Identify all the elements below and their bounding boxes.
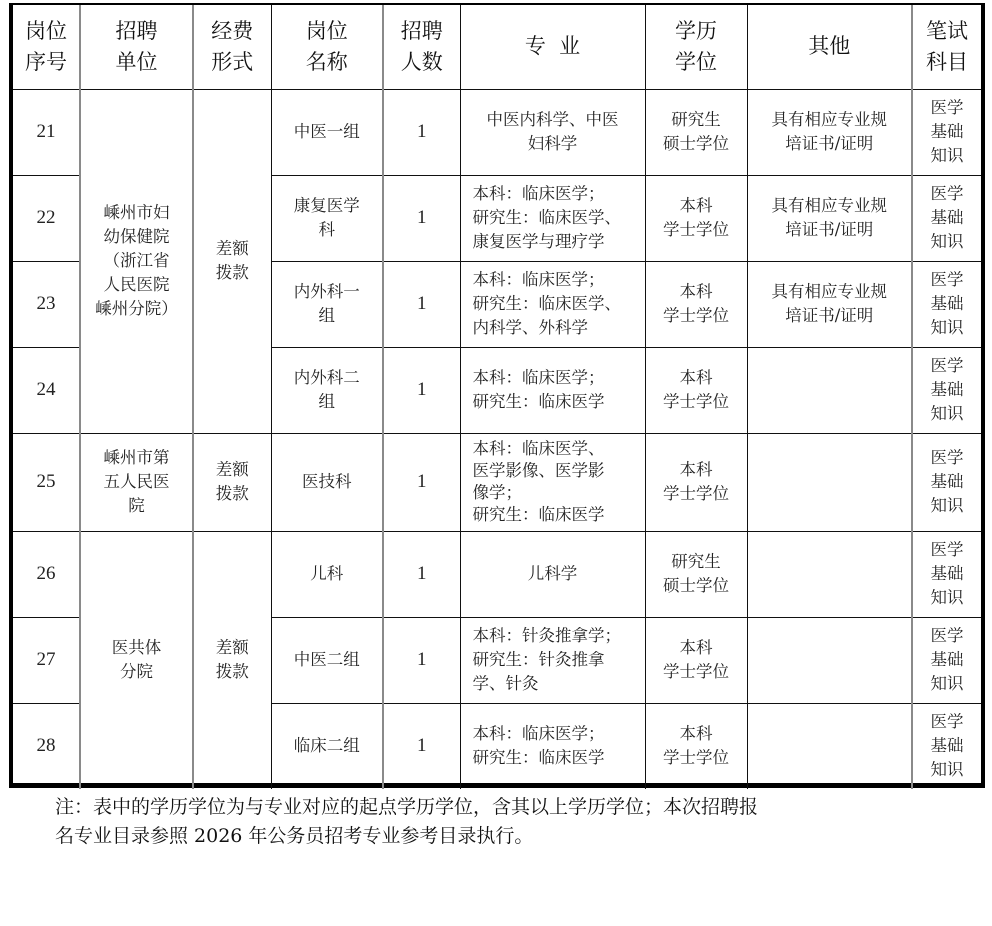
other-requirements (747, 433, 912, 531)
header-post-name: 岗位 名称 (271, 5, 383, 89)
header-funding-type: 经费 形式 (193, 5, 271, 89)
post-number: 24 (13, 347, 80, 433)
employer-cell: 嵊州市第 五人民医 院 (80, 433, 193, 531)
employer-cell: 嵊州市妇 幼保健院 （浙江省 人民医院 嵊州分院） (80, 89, 193, 433)
funding-cell: 差额 拨款 (193, 89, 271, 433)
post-number: 21 (13, 89, 80, 175)
post-name: 中医二组 (271, 617, 383, 703)
post-name: 康复医学 科 (271, 175, 383, 261)
degree: 本科 学士学位 (645, 261, 747, 347)
post-number: 26 (13, 531, 80, 617)
post-name: 内外科一 组 (271, 261, 383, 347)
other-requirements (747, 617, 912, 703)
major: 本科：针灸推拿学； 研究生：针灸推拿 学、针灸 (460, 617, 645, 703)
major: 本科：临床医学； 研究生：临床医学 (460, 703, 645, 789)
exam-subject: 医学 基础 知识 (912, 261, 981, 347)
header-employer: 招聘 单位 (80, 5, 193, 89)
post-name: 儿科 (271, 531, 383, 617)
header-major: 专 业 (460, 5, 645, 89)
header-post-number: 岗位 序号 (13, 5, 80, 89)
exam-subject: 医学 基础 知识 (912, 617, 981, 703)
employer-cell: 医共体 分院 (80, 531, 193, 789)
funding-cell: 差额 拨款 (193, 433, 271, 531)
other-requirements (747, 347, 912, 433)
other-requirements (747, 531, 912, 617)
other-requirements: 具有相应专业规 培证书/证明 (747, 175, 912, 261)
degree: 本科 学士学位 (645, 175, 747, 261)
exam-subject: 医学 基础 知识 (912, 531, 981, 617)
other-requirements: 具有相应专业规 培证书/证明 (747, 261, 912, 347)
major: 本科：临床医学、 医学影像、医学影 像学； 研究生：临床医学 (460, 433, 645, 531)
funding-cell: 差额 拨款 (193, 531, 271, 789)
post-number: 23 (13, 261, 80, 347)
post-number: 22 (13, 175, 80, 261)
header-exam-subject: 笔试 科目 (912, 5, 981, 89)
major: 本科：临床医学； 研究生：临床医学、 康复医学与理疗学 (460, 175, 645, 261)
headcount: 1 (383, 89, 460, 175)
footnote-line-2: 名专业目录参照 2026 年公务员招考专业参考目录执行。 (55, 822, 955, 851)
post-name: 内外科二 组 (271, 347, 383, 433)
post-name: 医技科 (271, 433, 383, 531)
table-row: 26 医共体 分院 差额 拨款 儿科 1 儿科学 研究生 硕士学位 医学 基础 … (13, 531, 981, 617)
header-headcount: 招聘 人数 (383, 5, 460, 89)
post-name: 临床二组 (271, 703, 383, 789)
degree: 研究生 硕士学位 (645, 89, 747, 175)
exam-subject: 医学 基础 知识 (912, 347, 981, 433)
major: 本科：临床医学； 研究生：临床医学 (460, 347, 645, 433)
exam-subject: 医学 基础 知识 (912, 433, 981, 531)
table-header-row: 岗位 序号 招聘 单位 经费 形式 岗位 名称 招聘 人数 专 业 学历 学位 … (13, 5, 981, 89)
headcount: 1 (383, 617, 460, 703)
header-degree: 学历 学位 (645, 5, 747, 89)
headcount: 1 (383, 261, 460, 347)
footnote: 注：表中的学历学位为与专业对应的起点学历学位，含其以上学历学位；本次招聘报 名专… (55, 793, 955, 851)
major: 儿科学 (460, 531, 645, 617)
headcount: 1 (383, 347, 460, 433)
exam-subject: 医学 基础 知识 (912, 703, 981, 789)
major: 本科：临床医学； 研究生：临床医学、 内科学、外科学 (460, 261, 645, 347)
exam-subject: 医学 基础 知识 (912, 89, 981, 175)
post-name: 中医一组 (271, 89, 383, 175)
recruitment-table-container: 岗位 序号 招聘 单位 经费 形式 岗位 名称 招聘 人数 专 业 学历 学位 … (9, 3, 985, 788)
degree: 本科 学士学位 (645, 433, 747, 531)
table-row: 21 嵊州市妇 幼保健院 （浙江省 人民医院 嵊州分院） 差额 拨款 中医一组 … (13, 89, 981, 175)
table-row: 25 嵊州市第 五人民医 院 差额 拨款 医技科 1 本科：临床医学、 医学影像… (13, 433, 981, 531)
other-requirements: 具有相应专业规 培证书/证明 (747, 89, 912, 175)
degree: 本科 学士学位 (645, 347, 747, 433)
footnote-line-1: 注：表中的学历学位为与专业对应的起点学历学位，含其以上学历学位；本次招聘报 (55, 793, 955, 822)
degree: 研究生 硕士学位 (645, 531, 747, 617)
header-other: 其他 (747, 5, 912, 89)
degree: 本科 学士学位 (645, 703, 747, 789)
post-number: 27 (13, 617, 80, 703)
exam-subject: 医学 基础 知识 (912, 175, 981, 261)
post-number: 28 (13, 703, 80, 789)
post-number: 25 (13, 433, 80, 531)
headcount: 1 (383, 175, 460, 261)
other-requirements (747, 703, 912, 789)
headcount: 1 (383, 433, 460, 531)
degree: 本科 学士学位 (645, 617, 747, 703)
headcount: 1 (383, 531, 460, 617)
recruitment-table: 岗位 序号 招聘 单位 经费 形式 岗位 名称 招聘 人数 专 业 学历 学位 … (13, 5, 981, 789)
headcount: 1 (383, 703, 460, 789)
major: 中医内科学、中医 妇科学 (460, 89, 645, 175)
